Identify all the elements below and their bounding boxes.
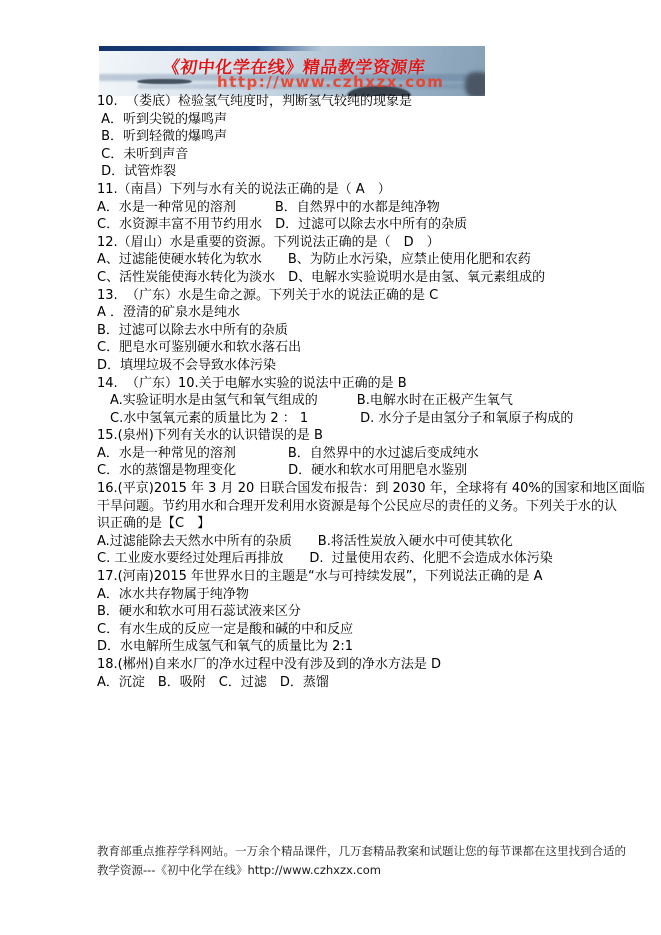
doc-line: A．水是一种常见的溶剂 B．自然界中的水过滤后变成纯水	[97, 445, 583, 463]
banner-navy-strip	[99, 46, 323, 51]
doc-line: A ．澄清的矿泉水是纯水	[97, 304, 583, 322]
doc-line: 16.(平京)2015 年 3 月 20 日联合国发布报告：到 2030 年，全…	[97, 480, 583, 498]
doc-line: B．硬水和软水可用石蕊试液来区分	[97, 603, 583, 621]
doc-line: A.实验证明水是由氢气和氧气组成的 B.电解水时在正极产生氧气	[97, 392, 583, 410]
page-footer: 教育部重点推荐学科网站。一万余个精品课件，几万套精品教案和试题让您的每节课都在这…	[97, 842, 583, 879]
doc-line: A、过滤能使硬水转化为软水 B、为防止水污染，应禁止使用化肥和农药	[97, 251, 583, 269]
footer-line: 教育部重点推荐学科网站。一万余个精品课件，几万套精品教案和试题让您的每节课都在这…	[97, 842, 583, 861]
doc-line: 15.(泉州)下列有关水的认识错误的是 B	[97, 427, 583, 445]
site-banner-url: http://www.czhxzx.com	[217, 73, 444, 91]
doc-line: 14. （广东）10.关于电解水实验的说法中正确的是 B	[97, 375, 583, 393]
doc-line: C. 工业废水要经过处理后再排放 D. 过量使用农药、化肥不会造成水体污染	[97, 550, 583, 568]
doc-line: C．有水生成的反应一定是酸和碱的中和反应	[97, 621, 583, 639]
worksheet-body: 10. （娄底）检验氢气纯度时，判断氢气较纯的现象是 A．听到尖锐的爆鸣声 B．…	[97, 93, 583, 691]
doc-line: 识正确的是【C 】	[97, 515, 583, 533]
question-10: 10. （娄底）检验氢气纯度时，判断氢气较纯的现象是 A．听到尖锐的爆鸣声 B．…	[97, 93, 583, 181]
doc-line: A．水是一种常见的溶剂 B．自然界中的水都是纯净物	[97, 199, 583, 217]
doc-line: D．试管炸裂	[97, 163, 583, 181]
question-15: 15.(泉州)下列有关水的认识错误的是 BA．水是一种常见的溶剂 B．自然界中的…	[97, 427, 583, 480]
question-17: 17.(河南)2015 年世界水日的主题是“水与可持续发展”，下列说法正确的是 …	[97, 568, 583, 656]
doc-line: 12.（眉山）水是重要的资源。下列说法正确的是（ D ）	[97, 234, 583, 252]
doc-line: 17.(河南)2015 年世界水日的主题是“水与可持续发展”，下列说法正确的是 …	[97, 568, 583, 586]
question-18: 18.(郴州)自来水厂的净水过程中没有涉及到的净水方法是 DA．沉淀 B．吸附 …	[97, 656, 583, 691]
doc-line: B．过滤可以除去水中所有的杂质	[97, 322, 583, 340]
doc-line: 11.（南昌）下列与水有关的说法正确的是（ A ）	[97, 181, 583, 199]
doc-line: A.过滤能除去天然水中所有的杂质 B.将活性炭放入硬水中可使其软化	[97, 533, 583, 551]
doc-line: B．听到轻微的爆鸣声	[97, 128, 583, 146]
doc-line: C．水的蒸馏是物理变化 D．硬水和软水可用肥皂水鉴别	[97, 462, 583, 480]
doc-line: 干旱问题。节约用水和合理开发利用水资源是每个公民应尽的责任的义务。下列关于水的认	[97, 498, 583, 516]
doc-line: C．未听到声音	[97, 146, 583, 164]
question-11: 11.（南昌）下列与水有关的说法正确的是（ A ）A．水是一种常见的溶剂 B．自…	[97, 181, 583, 234]
doc-line: C．肥皂水可鉴别硬水和软水落石出	[97, 339, 583, 357]
doc-line: C.水中氢氧元素的质量比为 2 ： 1 D. 水分子是由氢分子和氧原子构成的	[97, 410, 583, 428]
question-14: 14. （广东）10.关于电解水实验的说法中正确的是 B A.实验证明水是由氢气…	[97, 375, 583, 428]
doc-line: D．填埋垃圾不会导致水体污染	[97, 357, 583, 375]
footer-line: 教学资源---《初中化学在线》http://www.czhxzx.com	[97, 861, 583, 880]
doc-line: C、活性炭能使海水转化为淡水 D、电解水实验说明水是由氢、氧元素组成的	[97, 269, 583, 287]
doc-line: A．冰水共存物属于纯净物	[97, 586, 583, 604]
doc-line: 13. （广东）水是生命之源。下列关于水的说法正确的是 C	[97, 287, 583, 305]
question-16: 16.(平京)2015 年 3 月 20 日联合国发布报告：到 2030 年，全…	[97, 480, 583, 568]
doc-line: 18.(郴州)自来水厂的净水过程中没有涉及到的净水方法是 D	[97, 656, 583, 674]
question-12: 12.（眉山）水是重要的资源。下列说法正确的是（ D ）A、过滤能使硬水转化为软…	[97, 234, 583, 287]
question-13: 13. （广东）水是生命之源。下列关于水的说法正确的是 CA ．澄清的矿泉水是纯…	[97, 287, 583, 375]
doc-line: A．听到尖锐的爆鸣声	[97, 111, 583, 129]
doc-line: 10. （娄底）检验氢气纯度时，判断氢气较纯的现象是	[97, 93, 583, 111]
site-banner: 《初中化学在线》精品教学资源库 http://www.czhxzx.com	[99, 46, 485, 96]
doc-line: D．水电解所生成氢气和氧气的质量比为 2:1	[97, 638, 583, 656]
banner-ink-boats	[137, 79, 192, 84]
doc-line: C．水资源丰富不用节约用水 D．过滤可以除去水中所有的杂质	[97, 216, 583, 234]
doc-line: A．沉淀 B．吸附 C．过滤 D．蒸馏	[97, 674, 583, 692]
